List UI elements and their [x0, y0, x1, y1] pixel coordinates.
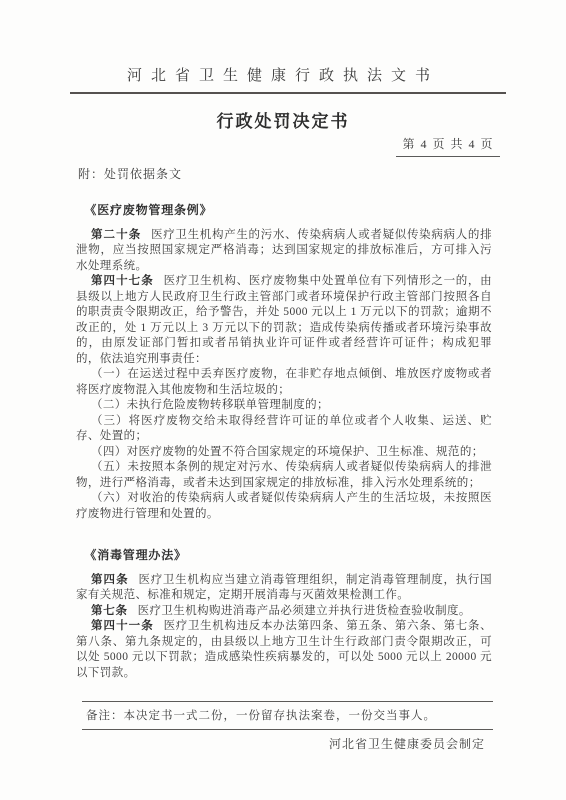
article-paragraph: 第七条医疗卫生机构购进消毒产品必须建立并执行进货检查验收制度。 [76, 604, 492, 620]
issuer-label: 河北省卫生健康委员会制定 [82, 735, 493, 752]
document-body: 《医疗废物管理条例》第二十条医疗卫生机构产生的污水、传染病病人或者疑似传染病病人… [76, 203, 492, 681]
clause-paragraph: （六）对收治的传染病病人或者疑似传染病病人产生的生活垃圾，未按照医疗废物进行管理… [76, 491, 492, 522]
document-footer: 备注：本决定书一式二份，一份留存执法案卷，一份交当事人。 河北省卫生健康委员会制… [82, 701, 493, 752]
section-heading: 《医疗废物管理条例》 [76, 203, 492, 219]
article-number: 第四十七条 [91, 275, 154, 287]
document-title: 行政处罚决定书 [0, 107, 566, 132]
article-number: 第二十条 [91, 229, 141, 241]
document-page: 河北省卫生健康行政执法文书 行政处罚决定书 第 4 页 共 4 页 附：处罚依据… [0, 0, 566, 800]
letterhead-rule [70, 92, 506, 94]
note-text: 本决定书一式二份，一份留存执法案卷，一份交当事人。 [124, 710, 437, 722]
clause-paragraph: （一）在运送过程中丢弃医疗废物，在非贮存地点倾倒、堆放医疗废物或者将医疗废物混入… [76, 367, 492, 398]
article-number: 第四条 [91, 574, 129, 586]
attachment-label: 附：处罚依据条文 [78, 165, 566, 182]
note-row: 备注：本决定书一式二份，一份留存执法案卷，一份交当事人。 [82, 701, 493, 730]
article-number: 第七条 [91, 605, 128, 617]
article-paragraph: 第四条医疗卫生机构应当建立消毒管理组织，制定消毒管理制度，执行国家有关规范、标准… [76, 573, 492, 604]
page-indicator: 第 4 页 共 4 页 [396, 135, 500, 157]
article-paragraph: 第二十条医疗卫生机构产生的污水、传染病病人或者疑似传染病病人的排泄物，应当按照国… [76, 228, 492, 275]
article-paragraph: 第四十七条医疗卫生机构、医疗废物集中处置单位有下列情形之一的，由县级以上地方人民… [76, 274, 492, 367]
clause-paragraph: （二）未执行危险废物转移联单管理制度的； [76, 398, 492, 414]
article-number: 第四十一条 [91, 620, 154, 632]
clause-paragraph: （四）对医疗废物的处置不符合国家规定的环境保护、卫生标准、规范的； [76, 445, 492, 461]
clause-paragraph: （三）将医疗废物交给未取得经营许可证的单位或者个人收集、运送、贮存、处置的； [76, 414, 492, 445]
letterhead-title: 河北省卫生健康行政执法文书 [0, 64, 566, 85]
article-paragraph: 第四十一条医疗卫生机构违反本办法第四条、第五条、第六条、第七条、第八条、第九条规… [76, 619, 492, 681]
section-heading: 《消毒管理办法》 [76, 548, 492, 564]
page-indicator-row: 第 4 页 共 4 页 [0, 135, 566, 157]
note-label: 备注： [86, 710, 124, 722]
clause-paragraph: （五）未按照本条例的规定对污水、传染病病人或者疑似传染病病人的排泄物，进行严格消… [76, 460, 492, 491]
